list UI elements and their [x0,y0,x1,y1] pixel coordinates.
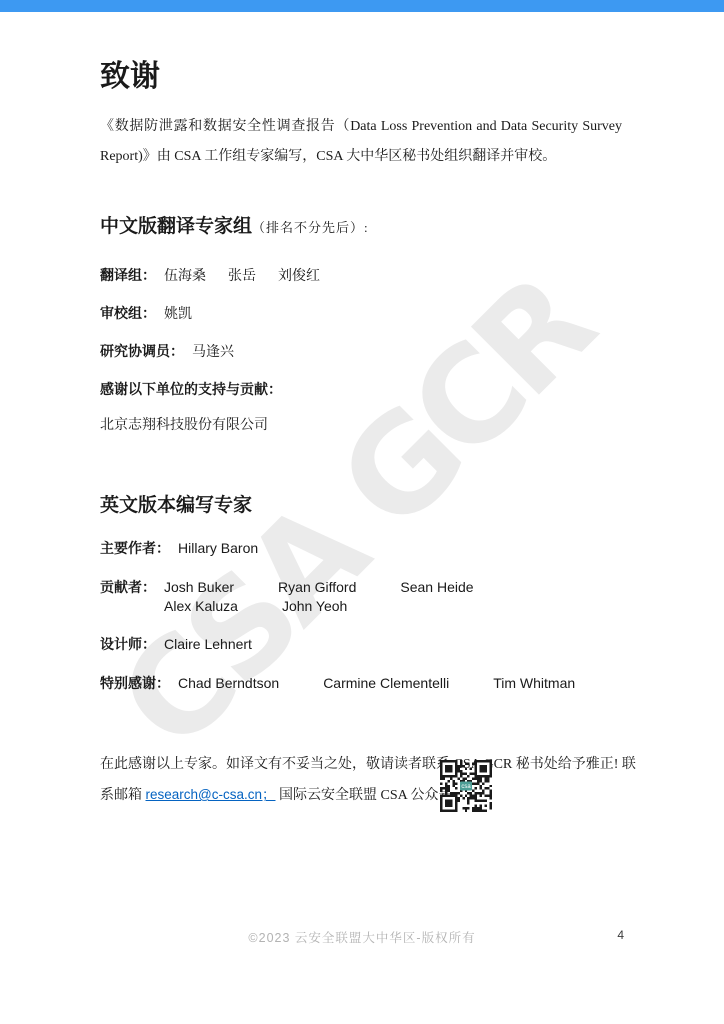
row-label: 审校组： [100,305,156,324]
email-link[interactable]: research@c-csa.cn； [146,787,276,802]
name-list: Hillary Baron [178,539,302,558]
closing-paragraph: 在此感谢以上专家。如译文有不妥当之处，敬请读者联系 CSA GCR 秘书处给予雅… [100,750,640,811]
person-name: 刘俊红 [278,267,320,286]
wechat-qr-code: csa [440,760,492,812]
page-title: 致谢 [100,60,622,94]
document-page: CSA GCR 致谢 《数据防泄露和数据安全性调查报告（Data Loss Pr… [0,0,724,1024]
translators-row: 翻译组： 伍海桑张岳刘俊红 [100,267,622,286]
top-accent-bar [0,0,724,12]
person-name: 张岳 [228,267,256,286]
name-list: Chad BerndtsonCarmine ClementelliTim Whi… [178,674,619,693]
row-label: 设计师： [100,636,156,655]
research-coordinator-row: 研究协调员： 马逢兴 [100,343,622,362]
chinese-team-heading: 中文版翻译专家组（排名不分先后）: [100,216,622,239]
contributors-row: 贡献者： Josh BukerRyan GiffordSean HeideAle… [100,578,622,616]
person-name: Josh Buker [164,578,234,597]
supporting-orgs-heading: 感谢以下单位的支持与贡献： [100,381,622,400]
footer-copyright: ©2023 云安全联盟大中华区-版权所有 [0,928,724,946]
intro-paragraph: 《数据防泄露和数据安全性调查报告（Data Loss Prevention an… [100,112,622,172]
name-list: 马逢兴 [192,343,256,362]
row-label: 贡献者： [100,579,156,598]
supporting-org-name: 北京志翔科技股份有限公司 [100,416,622,435]
name-list: 姚凯 [164,305,214,324]
reviewers-row: 审校组： 姚凯 [100,305,622,324]
row-label: 翻译组： [100,267,156,286]
name-list: Josh BukerRyan GiffordSean HeideAlex Kal… [164,578,622,616]
person-name: Tim Whitman [493,674,575,693]
chinese-team-heading-text: 中文版翻译专家组 [100,216,252,237]
person-name: Hillary Baron [178,539,258,558]
row-label: 主要作者： [100,540,170,559]
person-name: Ryan Gifford [278,578,356,597]
person-name: 马逢兴 [192,343,234,362]
person-name: Chad Berndtson [178,674,279,693]
svg-text:csa: csa [461,784,471,790]
page-number: 4 [617,928,624,942]
lead-author-row: 主要作者： Hillary Baron [100,539,622,559]
person-name: Alex Kaluza [164,597,238,616]
english-experts-heading: 英文版本编写专家 [100,495,622,517]
special-thanks-row: 特别感谢： Chad BerndtsonCarmine ClementelliT… [100,674,622,694]
name-list: 伍海桑张岳刘俊红 [164,267,342,286]
page-content: 致谢 《数据防泄露和数据安全性调查报告（Data Loss Prevention… [100,60,622,811]
closing-text-after: 国际云安全联盟 CSA 公众号。 [276,788,467,803]
chinese-team-heading-note: （排名不分先后）: [252,220,369,235]
designer-row: 设计师： Claire Lehnert [100,635,622,655]
person-name: 姚凯 [164,305,192,324]
person-name: Carmine Clementelli [323,674,449,693]
person-name: 伍海桑 [164,267,206,286]
row-label: 特别感谢： [100,675,170,694]
person-name: John Yeoh [282,597,347,616]
person-name: Sean Heide [400,578,473,597]
row-label: 研究协调员： [100,343,184,362]
name-list: Claire Lehnert [164,635,296,654]
person-name: Claire Lehnert [164,635,252,654]
